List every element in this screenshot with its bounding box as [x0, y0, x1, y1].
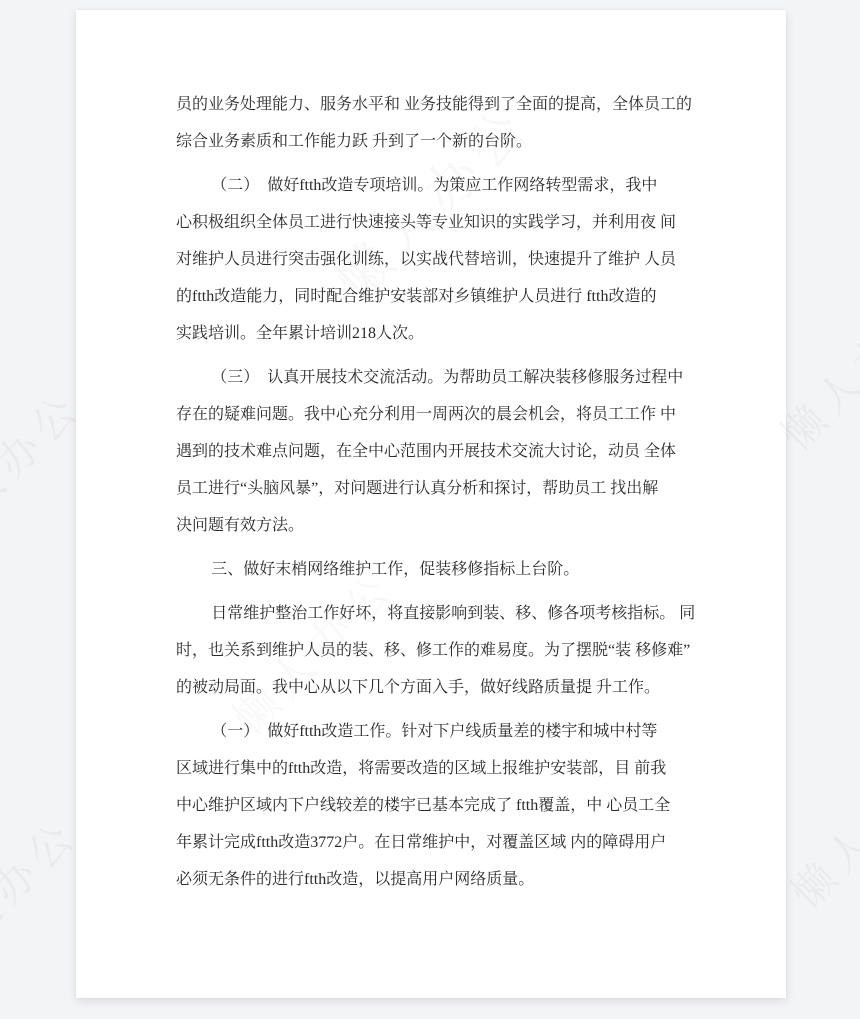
page-background: { "page": { "background_color": "#f3f4f6… [0, 0, 860, 1019]
text-line: 员的业务处理能力、服务水平和 业务技能得到了全面的提高，全体员工的 [176, 86, 756, 123]
paragraph: 三、做好末梢网络维护工作，促装移修指标上台阶。 [176, 551, 756, 588]
text-line: 员工进行“头脑风暴”，对问题进行认真分析和探讨，帮助员工 找出解 [176, 470, 756, 507]
text-line: 必须无条件的进行ftth改造，以提高用户网络质量。 [176, 861, 756, 898]
text-line: 对维护人员进行突击强化训练，以实战代替培训，快速提升了维护 人员 [176, 241, 756, 278]
paragraph: （一） 做好ftth改造工作。针对下户线质量差的楼宇和城中村等区域进行集中的ft… [176, 713, 756, 898]
text-line: 年累计完成ftth改造3772户。在日常维护中，对覆盖区域 内的障碍用户 [176, 824, 756, 861]
text-line: 的被动局面。我中心从以下几个方面入手，做好线路质量提 升工作。 [176, 669, 756, 706]
text-line: （一） 做好ftth改造工作。针对下户线质量差的楼宇和城中村等 [176, 713, 756, 750]
text-line: 中心维护区域内下户线较差的楼宇已基本完成了 ftth覆盖，中 心员工全 [176, 787, 756, 824]
text-line: 日常维护整治工作好坏，将直接影响到装、移、修各项考核指标。 同 [176, 595, 756, 632]
document-paper: 员的业务处理能力、服务水平和 业务技能得到了全面的提高，全体员工的综合业务素质和… [76, 10, 786, 998]
text-line: （三） 认真开展技术交流活动。为帮助员工解决装移修服务过程中 [176, 359, 756, 396]
paragraph: 日常维护整治工作好坏，将直接影响到装、移、修各项考核指标。 同时，也关系到维护人… [176, 595, 756, 706]
text-line: 实践培训。全年累计培训218人次。 [176, 315, 756, 352]
text-line: 的ftth改造能力，同时配合维护安装部对乡镇维护人员进行 ftth改造的 [176, 278, 756, 315]
text-line: 决问题有效方法。 [176, 507, 756, 544]
text-line: 三、做好末梢网络维护工作，促装移修指标上台阶。 [176, 551, 756, 588]
paragraph: 员的业务处理能力、服务水平和 业务技能得到了全面的提高，全体员工的综合业务素质和… [176, 86, 756, 160]
document-body: 员的业务处理能力、服务水平和 业务技能得到了全面的提高，全体员工的综合业务素质和… [176, 86, 756, 898]
watermark-text: 懒人办公 [776, 736, 860, 920]
paragraph: （三） 认真开展技术交流活动。为帮助员工解决装移修服务过程中存在的疑难问题。我中… [176, 359, 756, 544]
text-line: 心积极组织全体员工进行快速接头等专业知识的实践学习，并利用夜 间 [176, 204, 756, 241]
text-line: 综合业务素质和工作能力跃 升到了一个新的台阶。 [176, 123, 756, 160]
text-line: 存在的疑难问题。我中心充分利用一周两次的晨会机会，将员工工作 中 [176, 396, 756, 433]
text-line: 区域进行集中的ftth改造，将需要改造的区域上报维护安装部，目 前我 [176, 750, 756, 787]
paragraph: （二） 做好ftth改造专项培训。为策应工作网络转型需求，我中心积极组织全体员工… [176, 167, 756, 352]
text-line: 遇到的技术难点问题，在全中心范围内开展技术交流大讨论，动员 全体 [176, 433, 756, 470]
text-line: 时，也关系到维护人员的装、移、修工作的难易度。为了摆脱“装 移修难” [176, 632, 756, 669]
text-line: （二） 做好ftth改造专项培训。为策应工作网络转型需求，我中 [176, 167, 756, 204]
